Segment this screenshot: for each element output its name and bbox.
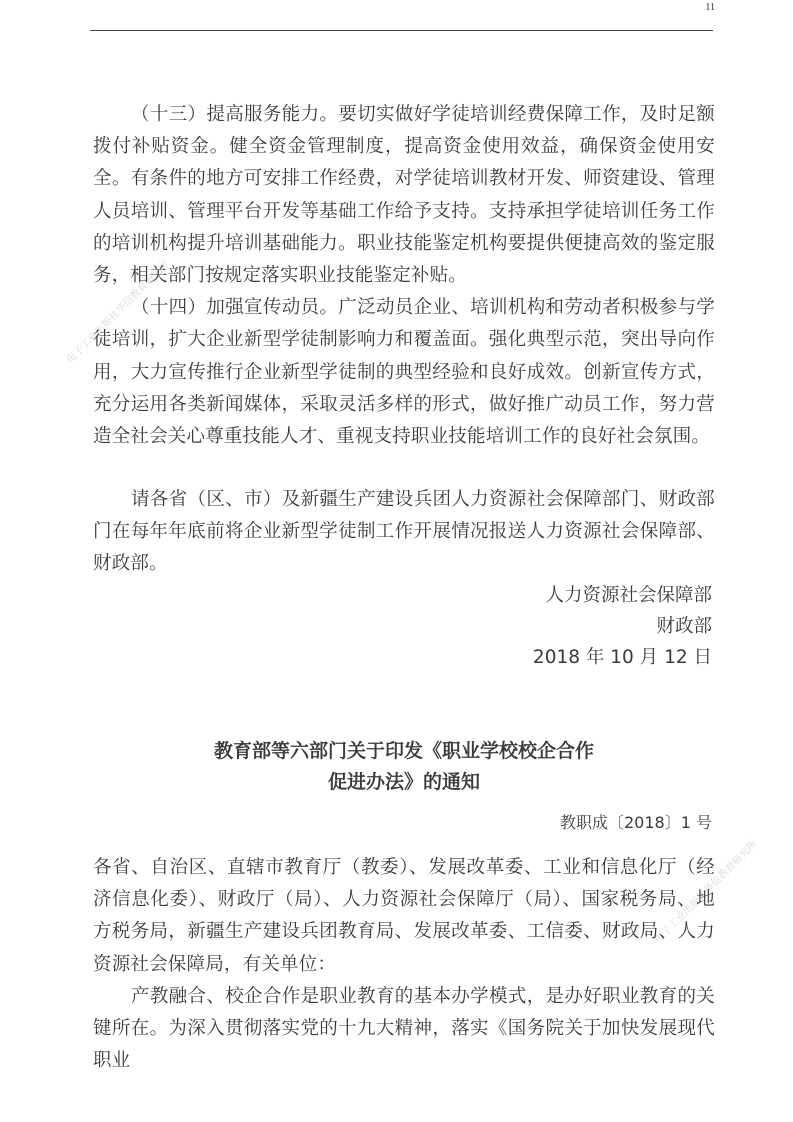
section-notice-body: 各省、自治区、直辖市教育厅（教委）、发展改革委、工业和信息化厅（经济信息化委）、… xyxy=(93,852,715,1077)
notice-title-line2: 促进办法》的通知 xyxy=(93,767,715,798)
paragraph-strengthen-publicity: （十四）加强宣传动员。广泛动员企业、培训机构和劳动者积极参与学徒培训，扩大企业新… xyxy=(93,292,715,453)
signature-date: 2018 年 10 月 12 日 xyxy=(533,642,712,673)
notice-addressee: 各省、自治区、直辖市教育厅（教委）、发展改革委、工业和信息化厅（经济信息化委）、… xyxy=(93,852,715,981)
header-rule xyxy=(90,30,713,31)
paragraph-improve-service: （十三）提高服务能力。要切实做好学徒培训经费保障工作，及时足额拨付补贴资金。健全… xyxy=(93,99,715,292)
paragraph-reporting-request: 请各省（区、市）及新疆生产建设兵团人力资源社会保障部门、财政部门在每年年底前将企… xyxy=(93,484,715,581)
page-number: 11 xyxy=(695,2,715,13)
notice-body-paragraph: 产教融合、校企合作是职业教育的基本办学模式，是办好职业教育的关键所在。为深入贯彻… xyxy=(93,981,715,1078)
notice-doc-number: 教职成〔2018〕1 号 xyxy=(560,812,712,834)
notice-title: 教育部等六部门关于印发《职业学校校企合作 促进办法》的通知 xyxy=(93,736,715,798)
section-service-and-publicity: （十三）提高服务能力。要切实做好学徒培训经费保障工作，及时足额拨付补贴资金。健全… xyxy=(93,99,715,453)
section-reporting-request: 请各省（区、市）及新疆生产建设兵团人力资源社会保障部门、财政部门在每年年底前将企… xyxy=(93,484,715,581)
signature-org-finance: 财政部 xyxy=(533,611,712,642)
notice-title-line1: 教育部等六部门关于印发《职业学校校企合作 xyxy=(93,736,715,767)
signature-org-hrss: 人力资源社会保障部 xyxy=(533,580,712,611)
signature-block: 人力资源社会保障部 财政部 2018 年 10 月 12 日 xyxy=(533,580,712,673)
